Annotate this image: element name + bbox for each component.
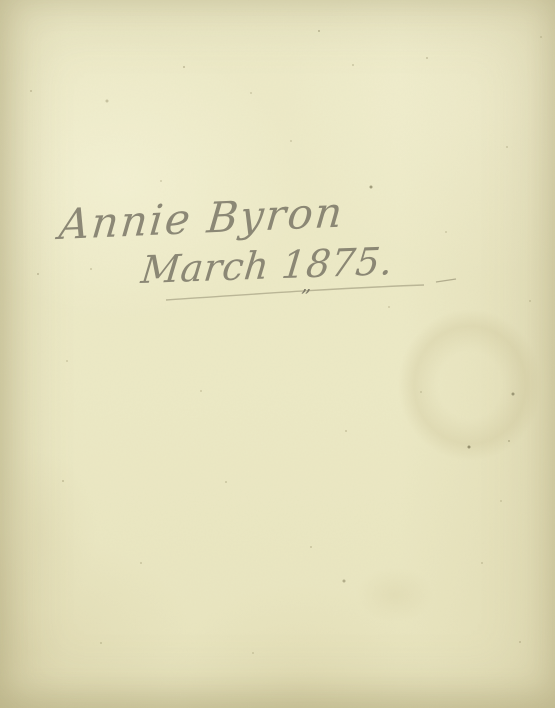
paper-grain-texture: [0, 0, 555, 708]
handwriting-date: March 1875.: [138, 240, 395, 293]
scanned-flyleaf-page: Annie Byron March 1875. „: [0, 0, 555, 708]
ditto-mark: „: [301, 272, 311, 296]
inscription-layer: Annie Byron March 1875. „: [0, 0, 555, 708]
